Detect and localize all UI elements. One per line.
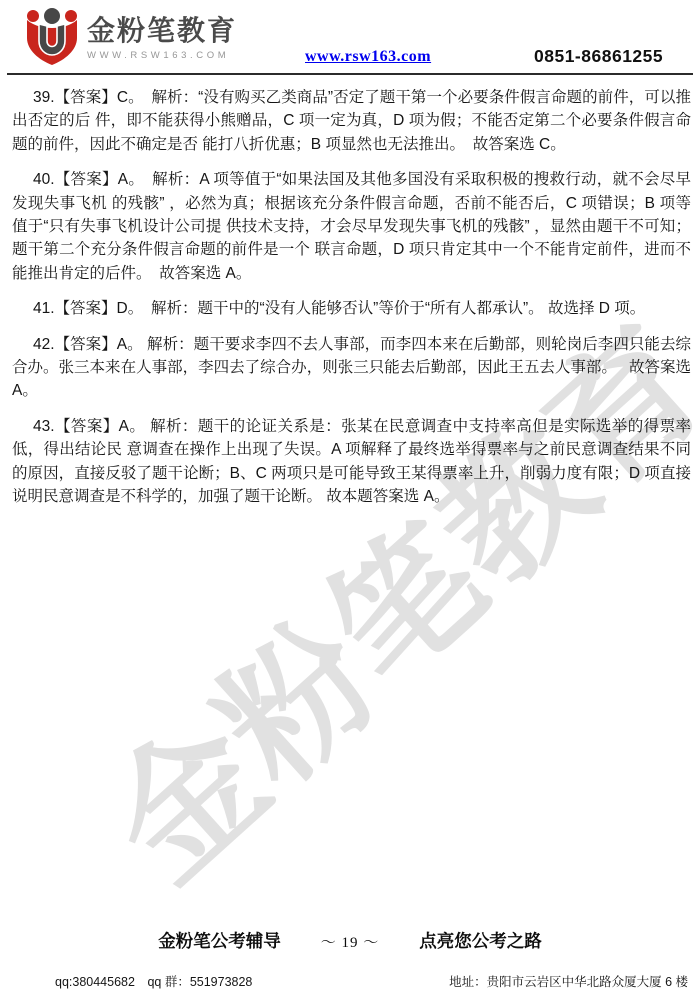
document-page: 金粉笔教育 WWW.RSW163.COM www.rsw163.com 0851… — [0, 0, 700, 1008]
page-header: 金粉笔教育 WWW.RSW163.COM www.rsw163.com 0851… — [7, 0, 693, 75]
brand-text-block: 金粉笔教育 WWW.RSW163.COM — [87, 7, 237, 63]
answer-paragraph-41: 41.【答案】D。 解析：题干中的“没有人能够否认”等价于“所有人都承认”。 故… — [12, 297, 691, 320]
phone-number: 0851-86861255 — [534, 46, 663, 67]
footer-address: 地址：贵阳市云岩区中华北路众厦大厦 6 楼 — [449, 972, 688, 990]
brand-name: 金粉笔教育 — [87, 13, 237, 49]
answer-paragraph-43: 43.【答案】A。 解析：题干的论证关系是：张某在民意调查中支持率高但是实际选举… — [12, 415, 691, 509]
page-footer: 金粉笔公考辅导 ～ 19 ～ 点亮您公考之路 qq:380445682 qq 群… — [0, 928, 700, 990]
website-link[interactable]: www.rsw163.com — [305, 48, 431, 66]
footer-contact-row: qq:380445682 qq 群：551973828 地址：贵阳市云岩区中华北… — [0, 972, 700, 990]
answer-paragraph-42: 42.【答案】A。 解析：题干要求李四不去人事部，而李四本来在后勤部，则轮岗后李… — [12, 333, 691, 403]
brand-logo-icon — [25, 7, 79, 65]
answers-section: 39.【答案】C。 解析：“没有购买乙类商品”否定了题干第一个必要条件假言命题的… — [0, 75, 700, 509]
footer-qq-contacts: qq:380445682 qq 群：551973828 — [55, 972, 252, 990]
page-number: ～ 19 ～ — [321, 931, 380, 952]
footer-slogan-right: 点亮您公考之路 — [419, 928, 542, 953]
answer-paragraph-40: 40.【答案】A。 解析：A 项等值于“如果法国及其他多国没有采取积极的搜救行动… — [12, 168, 691, 285]
footer-brand-left: 金粉笔公考辅导 — [158, 928, 281, 953]
brand-website-caption: WWW.RSW163.COM — [87, 49, 237, 63]
brand-logo: 金粉笔教育 WWW.RSW163.COM — [25, 7, 237, 65]
footer-slogan-row: 金粉笔公考辅导 ～ 19 ～ 点亮您公考之路 — [0, 928, 700, 953]
answer-paragraph-39: 39.【答案】C。 解析：“没有购买乙类商品”否定了题干第一个必要条件假言命题的… — [12, 86, 691, 156]
